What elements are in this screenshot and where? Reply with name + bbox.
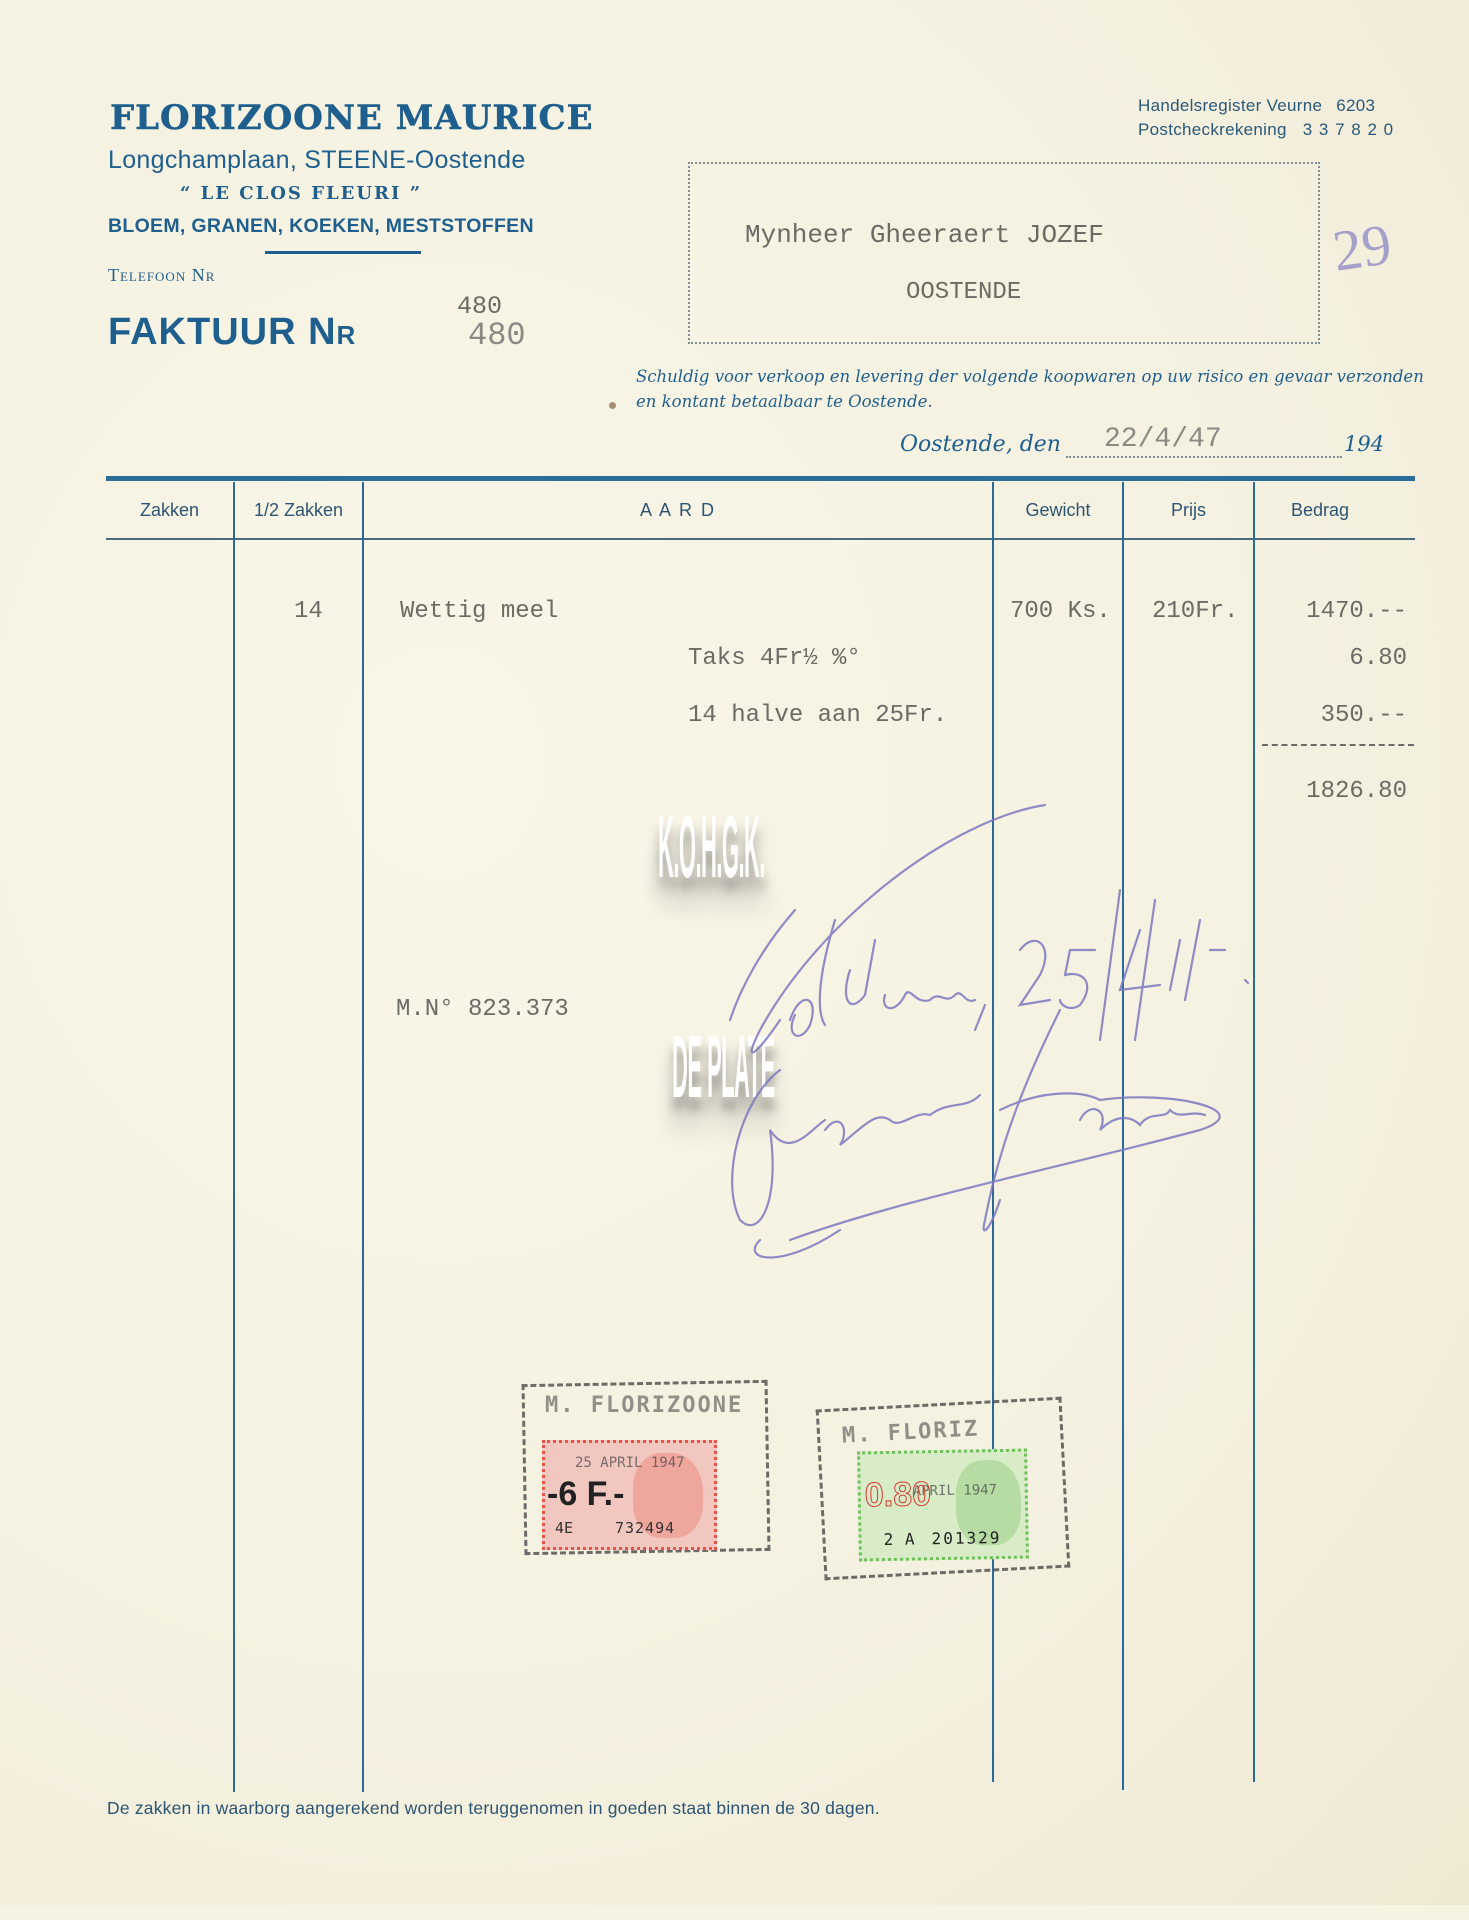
invoice-label-suffix: R (337, 320, 357, 350)
column-divider-zakken (233, 482, 235, 1792)
row3-bedrag: 350.-- (1275, 702, 1407, 729)
stamp1-serial: 732494 (615, 1519, 675, 1537)
invoice-label-text: FAKTUUR N (108, 311, 337, 353)
postcheck-number: 3 3 7 8 2 0 (1303, 118, 1394, 142)
row1-prijs: 210Fr. (1152, 598, 1238, 625)
register-row: Handelsregister Veurne6203 (1138, 94, 1394, 118)
recipient-city: OOSTENDE (906, 279, 1021, 306)
recipient-address-box (688, 162, 1320, 344)
header-aard: A A R D (364, 500, 992, 521)
reference-number: M.N° 823.373 (396, 996, 569, 1023)
column-divider-half-zakken (362, 482, 364, 1792)
register-label: Handelsregister Veurne (1138, 96, 1322, 115)
stamp2-serial: 201329 (931, 1528, 1001, 1548)
revenue-stamp-6f: 25 APRIL 1947 -6 F.- 4E 732494 (542, 1440, 717, 1550)
invoice-number-large: 480 (468, 317, 526, 354)
table-header-rule (106, 538, 1415, 540)
row2-aard: Taks 4Fr½ %° (688, 645, 861, 672)
stamp2-value: 0.80 (864, 1475, 931, 1515)
company-address: Longchamplaan, STEENE-Oostende (108, 146, 526, 175)
row1-gewicht: 700 Ks. (1010, 598, 1111, 625)
registry-info: Handelsregister Veurne6203 Postcheckreke… (1138, 94, 1394, 142)
telefoon-label: Telefoon Nr (108, 265, 215, 286)
payment-terms: Schuldig voor verkoop en levering der vo… (636, 364, 1426, 414)
row1-aard: Wettig meel (400, 598, 558, 625)
register-number: 6203 (1336, 94, 1375, 118)
invoice-date: 22/4/47 (1104, 424, 1222, 455)
stamp1-value: -6 F.- (547, 1475, 624, 1514)
pencil-mark: 29 (1329, 210, 1396, 284)
postcheck-row: Postcheckrekening3 3 7 8 2 0 (1138, 118, 1394, 142)
row1-bedrag: 1470.-- (1275, 598, 1407, 625)
paper-speck (609, 402, 616, 409)
postcheck-label: Postcheckrekening (1138, 120, 1287, 139)
table-top-rule (106, 476, 1415, 481)
company-name: FLORIZOONE MAURICE (110, 98, 594, 138)
invoice-paper: FLORIZOONE MAURICE Longchamplaan, STEENE… (0, 0, 1469, 1905)
row3-aard: 14 halve aan 25Fr. (688, 702, 947, 729)
row1-half-zakken: 14 (294, 598, 323, 625)
year-prefix: 194 (1344, 432, 1384, 456)
header-prijs: Prijs (1124, 500, 1253, 521)
stamp2-serial-prefix: 2 A (883, 1529, 915, 1549)
row2-bedrag: 6.80 (1275, 645, 1407, 672)
revenue-stamp-080: APRIL 1947 0.80 2 A 201329 (857, 1449, 1029, 1562)
product-line: BLOEM, GRANEN, KOEKEN, MESTSTOFFEN (108, 215, 534, 238)
header-bedrag: Bedrag (1255, 500, 1385, 521)
header-gewicht: Gewicht (994, 500, 1122, 521)
estate-name: “ LE CLOS FLEURI ” (180, 183, 422, 204)
header-zakken: Zakken (106, 500, 233, 521)
invoice-label: FAKTUUR NR (108, 311, 356, 354)
recipient-name: Mynheer Gheeraert JOZEF (745, 220, 1104, 250)
handwritten-paid-note-and-signature-icon (700, 800, 1420, 1260)
header-half-zakken: 1/2 Zakken (235, 500, 362, 521)
stamp1-serial-prefix: 4E (555, 1519, 573, 1537)
date-label: Oostende, den (900, 432, 1061, 457)
cancel-text-1: M. FLORIZOONE (545, 1393, 743, 1418)
date-dotted-line (1066, 456, 1342, 458)
footer-note: De zakken in waarborg aangerekend worden… (107, 1798, 880, 1819)
stamp1-cancel-date: 25 APRIL 1947 (575, 1455, 685, 1471)
letterhead-divider (265, 251, 421, 254)
sum-dashed-rule (1262, 744, 1414, 746)
